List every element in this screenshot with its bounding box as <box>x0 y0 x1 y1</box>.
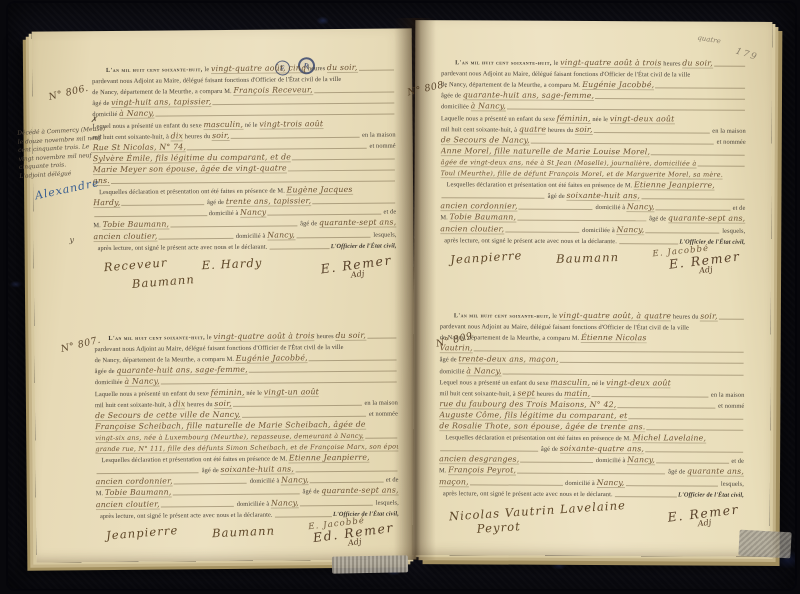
handwritten-text: soixante-huit ans, <box>566 191 640 201</box>
handwritten-text: sept <box>517 388 535 398</box>
fill-rule <box>503 373 744 375</box>
fill-rule <box>517 473 665 475</box>
printed-text: âgé de <box>301 489 322 497</box>
printed-text: âgé de <box>546 193 567 201</box>
handwritten-text: ancien cordonnier, <box>440 202 517 212</box>
printed-text: et de <box>731 205 745 213</box>
signatures-block: JeanpierreBaumannE. JacobbéE. RemerAdj <box>440 250 745 299</box>
printed-text: âgé de <box>205 199 226 207</box>
record-slot-right-top: L'an mil huit cent soixante-huit, le vin… <box>440 56 746 298</box>
handwritten-text: Tobie Baumann, <box>105 488 172 499</box>
handwritten-text: Etienne Jeanpierre, <box>634 180 715 190</box>
margin-mark: y <box>69 235 74 244</box>
handwritten-text: Eugène Jacques <box>287 185 353 196</box>
printed-text: âgé de <box>666 469 687 477</box>
handwritten-text: masculin, <box>203 119 243 129</box>
fill-rule <box>213 103 395 106</box>
handwritten-text: Étienne Nicolas <box>581 333 647 343</box>
fill-rule <box>159 237 234 239</box>
fill-rule <box>97 472 199 474</box>
printed-text: heures du <box>535 390 564 398</box>
handwritten-text: trente-deux ans, maçon, <box>458 355 558 366</box>
handwritten-text: Tobie Baumann, <box>450 213 517 223</box>
handwritten-text: Nancy, <box>627 202 655 212</box>
fill-rule <box>517 220 646 222</box>
fill-rule <box>440 450 538 452</box>
printed-text: après lecture, ont signé le présent acte… <box>100 511 274 521</box>
fill-rule <box>645 232 719 233</box>
handwritten-text: à Nancy, <box>471 102 506 112</box>
handwritten-text: Nancy, <box>627 455 655 465</box>
handwritten-text: Nancy, <box>271 498 299 508</box>
handwritten-text: Tobie Baumann, <box>103 220 170 231</box>
printed-text: âgé de <box>440 357 459 365</box>
handwritten-text: à Nancy, <box>124 377 160 387</box>
printed-text: le <box>551 313 559 321</box>
fill-rule <box>714 66 745 67</box>
fill-rule <box>267 214 380 216</box>
fill-rule <box>655 88 745 89</box>
handwritten-text: dix <box>171 131 184 141</box>
handwritten-text: soir, <box>214 399 232 409</box>
printed-text: née le <box>591 116 610 124</box>
printed-text: âgée de <box>95 368 117 376</box>
handwritten-text: soir, <box>575 125 593 135</box>
scanned-register-photo: F R Décédé à Commercy (Meuse)le douze no… <box>0 0 800 594</box>
printed-text: heures <box>662 60 683 68</box>
fill-rule <box>288 169 395 171</box>
printed-text: domiciliée à <box>580 226 616 234</box>
handwritten-text: Michel Lavelaine, <box>633 433 707 443</box>
handwritten-text: vingt-un août <box>264 387 319 397</box>
fill-rule <box>470 484 563 485</box>
handwritten-text: de Secours de Nancy, <box>441 135 530 145</box>
handwritten-text: ancien cordonnier, <box>96 477 173 488</box>
printed-text: et de <box>384 477 399 485</box>
printed-text: M. <box>439 468 448 476</box>
fill-rule <box>367 338 396 339</box>
left-page: F R Décédé à Commercy (Meuse)le douze no… <box>32 28 417 562</box>
fill-rule <box>591 396 708 398</box>
printed-text: le <box>205 334 213 342</box>
printed-text: et de <box>382 209 397 217</box>
fill-rule <box>310 482 383 484</box>
signature: Baumann <box>556 250 619 266</box>
signature: Jeanpierre <box>106 523 179 543</box>
fill-rule <box>275 516 332 517</box>
printed-text: âgé de <box>92 100 111 108</box>
fill-rule <box>249 371 397 373</box>
printed-text: âgé de <box>298 221 319 229</box>
printed-text: née le <box>245 389 264 397</box>
handwritten-text: vingt-quatre août à trois <box>560 58 662 69</box>
fill-rule <box>507 109 745 111</box>
officer-printed-label: L'Officier de l'État civil, <box>678 491 744 499</box>
fill-rule <box>365 437 397 438</box>
handwritten-text: Nancy, <box>281 476 309 486</box>
signatures-block: Nicolas Vautrin LavelainePeyrotE. RemerA… <box>439 503 744 552</box>
printed-text: heures <box>306 65 327 73</box>
handwritten-text: vingt-quatre août, à quatre <box>559 311 671 322</box>
fill-rule <box>719 319 744 320</box>
handwritten-text: soir, <box>700 312 718 322</box>
fill-rule <box>629 418 744 420</box>
printed-text: et nommé <box>368 142 396 150</box>
fill-rule <box>560 362 744 364</box>
record-slot-left-top: L'an mil huit cent soixante-huit, le vin… <box>92 61 397 304</box>
handwritten-text: matin, <box>564 389 590 399</box>
handwritten-text: ancien desgranges, <box>439 455 519 465</box>
printed-text: heures <box>315 333 336 341</box>
printed-text: après lecture, ont signé le présent acte… <box>443 490 615 499</box>
printed-text: et nommée <box>715 138 746 146</box>
fill-rule <box>645 451 743 453</box>
printed-text: âgée de <box>441 93 463 101</box>
handwritten-text: Nancy, <box>616 225 644 235</box>
printed-text: le <box>552 60 560 68</box>
record-808: L'an mil huit cent soixante-huit, le vin… <box>440 56 746 298</box>
handwritten-text: ancien cloutier, <box>96 499 160 510</box>
printed-text: domicilié à <box>594 204 627 212</box>
signatures-block: ReceveurE. HardyBaumannE. RemerAdj <box>94 255 397 305</box>
handwritten-text: du soir, <box>335 331 366 341</box>
cloth-patch <box>738 530 791 559</box>
fill-rule <box>656 210 730 211</box>
printed-text: âgé de <box>647 216 668 224</box>
fill-rule <box>625 485 718 486</box>
printed-text: M. <box>96 490 105 498</box>
handwritten-text: ans. <box>93 176 110 186</box>
fill-rule <box>300 504 373 506</box>
fill-rule <box>646 429 743 431</box>
handwritten-text: dix <box>173 399 186 409</box>
printed-text: âgé de <box>539 446 560 454</box>
record-809: L'an mil huit cent soixante-huit, le vin… <box>439 309 745 551</box>
signature: Baumann <box>131 272 195 291</box>
fill-rule <box>309 360 397 362</box>
handwritten-text: Eugénie Jacobbé, <box>582 80 654 90</box>
printed-text: heures du <box>546 126 575 134</box>
fill-rule <box>242 416 367 418</box>
printed-text: heures du <box>185 401 214 409</box>
ribbon-bookmark <box>332 555 408 573</box>
printed-text: heures du <box>671 314 700 322</box>
fill-rule <box>594 132 710 134</box>
fill-rule <box>505 231 579 232</box>
officer-printed-label: L'Officier de l'État civil, <box>331 242 397 251</box>
printed-text: lesquels, <box>374 499 399 507</box>
printed-text: domicilié à <box>209 210 240 218</box>
handwritten-text: du soir, <box>682 59 713 69</box>
handwritten-text: maçon, <box>439 477 469 487</box>
handwritten-text: quarante-sept ans, <box>319 218 397 229</box>
fill-rule <box>519 209 593 210</box>
handwritten-text: François Receveur, <box>233 85 312 96</box>
handwritten-text: du soir, <box>327 63 358 73</box>
record-slot-right-bottom: L'an mil huit cent soixante-huit, le vin… <box>439 309 745 551</box>
handwritten-text: vingt-deux août <box>606 378 671 388</box>
signature: Baumann <box>212 523 276 540</box>
fill-rule <box>697 165 744 166</box>
fill-rule <box>94 215 207 217</box>
fill-rule <box>520 462 593 463</box>
handwritten-text: Eugénie Jacobbé, <box>236 354 308 365</box>
fill-rule <box>441 197 544 199</box>
handwritten-text: vingt-trois août <box>259 119 323 130</box>
printed-text: lesquels, <box>719 480 744 488</box>
handwritten-text: quarante ans, <box>687 467 744 477</box>
printed-text: né le <box>590 380 606 388</box>
printed-text: le <box>203 66 211 74</box>
handwritten-text: masculin, <box>550 377 590 387</box>
handwritten-text: Nancy, <box>267 230 295 240</box>
fill-rule <box>641 198 744 200</box>
handwritten-text: Nancy <box>240 208 266 218</box>
handwritten-text: Nancy, <box>597 478 625 488</box>
printed-text: M. <box>440 215 449 223</box>
record-line: après lecture, ont signé le présent acte… <box>443 487 744 500</box>
pencil-annotation-word: quatre <box>697 34 721 46</box>
handwritten-text: quarante-huit ans, sage-femme, <box>463 91 595 102</box>
record-line: après lecture, ont signé le présent acte… <box>98 239 397 253</box>
handwritten-text: vingt-deux août <box>610 114 675 124</box>
fill-rule <box>296 236 371 238</box>
handwritten-text: soixante-quatre ans, <box>560 444 644 454</box>
printed-text: M. <box>93 222 102 230</box>
printed-text: et nommée <box>367 410 398 418</box>
handwritten-text: quatre <box>519 124 546 134</box>
fill-rule <box>187 147 367 150</box>
record-number-806: N° 806. <box>48 83 90 103</box>
handwritten-text: à Nancy, <box>119 109 155 119</box>
handwritten-text: quarante-sept ans, <box>321 486 399 497</box>
printed-text: domiciliée <box>95 379 125 387</box>
printed-text: lesquels, <box>720 227 745 235</box>
printed-text: domiciliée <box>441 104 471 112</box>
printed-text: et nommé <box>716 402 744 410</box>
handwritten-text: Etienne Jeanpierre, <box>289 453 370 464</box>
fill-rule <box>474 351 744 353</box>
handwritten-text: ancien cloutier, <box>93 231 157 242</box>
signature: Nicolas Vautrin Lavelaine <box>449 498 627 523</box>
handwritten-text: Hardy, <box>93 198 120 208</box>
printed-text: domicilié à <box>594 457 627 465</box>
signature: E. Hardy <box>201 255 262 272</box>
fill-rule <box>173 494 300 496</box>
printed-text: en la maison <box>709 391 744 399</box>
printed-text: en la maison <box>711 127 746 135</box>
handwritten-text: ancien cloutier, <box>440 224 504 234</box>
fill-rule <box>292 158 395 160</box>
margin-mark: ✗ <box>90 115 97 124</box>
right-page: quatre 179 L'an mil huit cent soixante-h… <box>413 20 773 557</box>
fill-rule <box>656 463 729 464</box>
printed-text: et de <box>730 458 744 466</box>
fill-rule <box>233 404 362 406</box>
fill-rule <box>312 203 395 205</box>
printed-text: domicilié à <box>563 479 596 487</box>
fill-rule <box>295 471 397 473</box>
printed-text: domicilié <box>440 368 467 376</box>
signature: Jeanpierre <box>450 248 523 267</box>
fill-rule <box>314 92 394 94</box>
fill-rule <box>121 204 204 206</box>
fill-rule <box>170 226 297 228</box>
record-slot-left-bottom: L'an mil huit cent soixante-huit, le vin… <box>94 329 399 572</box>
printed-text: après lecture, ont signé le présent acte… <box>444 237 618 246</box>
fill-rule <box>174 483 247 485</box>
fill-rule <box>161 505 234 507</box>
fill-rule <box>651 154 745 155</box>
handwritten-text: François Peyrot, <box>448 466 516 476</box>
fill-rule <box>270 248 330 250</box>
printed-text: né le <box>243 121 259 129</box>
fill-rule <box>531 142 714 144</box>
handwritten-text: soir, <box>212 131 230 141</box>
printed-text: âgé de <box>200 467 221 475</box>
handwritten-text: féminin, <box>211 387 245 397</box>
fill-rule <box>359 70 394 71</box>
printed-text: heures du <box>183 133 212 141</box>
fill-rule <box>615 496 677 497</box>
record-807: L'an mil huit cent soixante-huit, le vin… <box>94 329 399 572</box>
signature: Peyrot <box>476 519 521 536</box>
record-806: L'an mil huit cent soixante-huit, le vin… <box>92 61 397 304</box>
handwritten-text: soixante-huit ans, <box>220 465 294 476</box>
printed-text: après lecture, ont signé le présent acte… <box>98 243 270 252</box>
fill-rule <box>617 407 715 409</box>
fill-rule <box>620 243 679 244</box>
handwritten-text: quarante-sept ans, <box>668 214 745 224</box>
printed-text: lesquels, <box>372 231 397 239</box>
handwritten-text: féminin, <box>557 113 591 123</box>
fill-rule <box>231 136 360 138</box>
fill-rule <box>595 98 745 100</box>
signature: Receveur <box>103 255 168 274</box>
handwritten-text: à Nancy, <box>466 366 501 376</box>
